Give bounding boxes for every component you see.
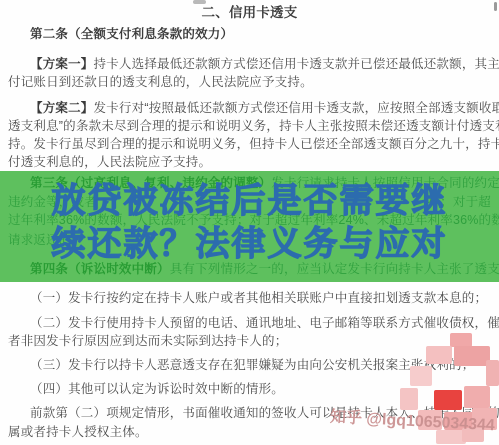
article4-item1: （一）发卡行按约定在持卡人账户或者其他相关联账户中直接扣划透支款本息的； (30, 291, 487, 305)
plan2-label: 【方案二】 (30, 101, 94, 115)
stamp-center-block (434, 390, 462, 410)
section-title: 二、信用卡透支 (0, 6, 499, 20)
overlay-title-line1: 放贷被冻结后是否需要继 (0, 181, 499, 221)
article2-plan2-line3: 持。发卡行虽尽到合理的提示和说明义务，但持卡人已偿还全部透支额百分之九十，持卡人… (8, 137, 499, 151)
stamp-block (454, 346, 490, 366)
article4-heading-rest: 具有下列情形之一的，应当认定发卡行向持卡人主张了透支债权，诉讼时效中断： (170, 262, 499, 276)
page-top-artifact (193, 0, 206, 4)
article4-item4: （四）其他可以认定为诉讼时效中断的情形。 (30, 382, 284, 396)
plan1-text: 持卡人选择最低还款额方式偿还信用卡透支款并已偿还最低还款额，其主张按照未偿还透支… (94, 57, 499, 71)
article4-heading: 第四条（诉讼时效中断） (30, 262, 170, 276)
plan2-text: 发卡行对“按照最低还款额方式偿还信用卡透支款，应按照全部透支额收取从记账日到还款… (94, 101, 499, 115)
article4-final-line2: 属或者持卡人授权主体。 (8, 425, 148, 439)
article4-item2-line2: 者非因发卡行原因应到达而未实际到达持卡人的； (8, 334, 287, 348)
article2-plan2-line2: 透支利息”的条款未尽到合理的提示和说明义务，持卡人主张按照未偿还透支额计付透支利… (8, 119, 499, 133)
document-page: 二、信用卡透支 第二条（全额支付利息条款的效力） 【方案一】持卡人选择最低还款额… (0, 0, 499, 445)
article2-heading: 第二条（全额支付利息条款的效力） (30, 27, 233, 41)
stamp-block (486, 360, 499, 386)
article2-plan1-line1: 【方案一】持卡人选择最低还款额方式偿还信用卡透支款并已偿还最低还款额，其主张按照… (30, 57, 499, 71)
article4-item2-line1: （二）发卡行使用持卡人预留的电话、通讯地址、电子邮箱等联系方式催收债权，催收通知… (30, 316, 499, 330)
plan1-label: 【方案一】 (30, 57, 94, 71)
article4-heading-line: 第四条（诉讼时效中断）具有下列情形之一的，应当认定发卡行向持卡人主张了透支债权，… (30, 262, 499, 276)
article2-plan2-line1: 【方案二】发卡行对“按照最低还款额方式偿还信用卡透支款，应按照全部透支额收取从记… (30, 101, 499, 115)
article2-plan1-line2: 付记账日到还款日的透支利息的，人民法院应予支持。 (8, 75, 313, 89)
stamp-block (426, 346, 452, 364)
article2-plan2-line4: 付透支利息的，人民法院应予支持。 (8, 155, 211, 169)
overlay-title-line2: 续还款？法律义务与应对 (0, 224, 499, 264)
stamp-block (450, 333, 472, 347)
stamp-block (410, 366, 432, 386)
stamp-block (464, 386, 490, 408)
